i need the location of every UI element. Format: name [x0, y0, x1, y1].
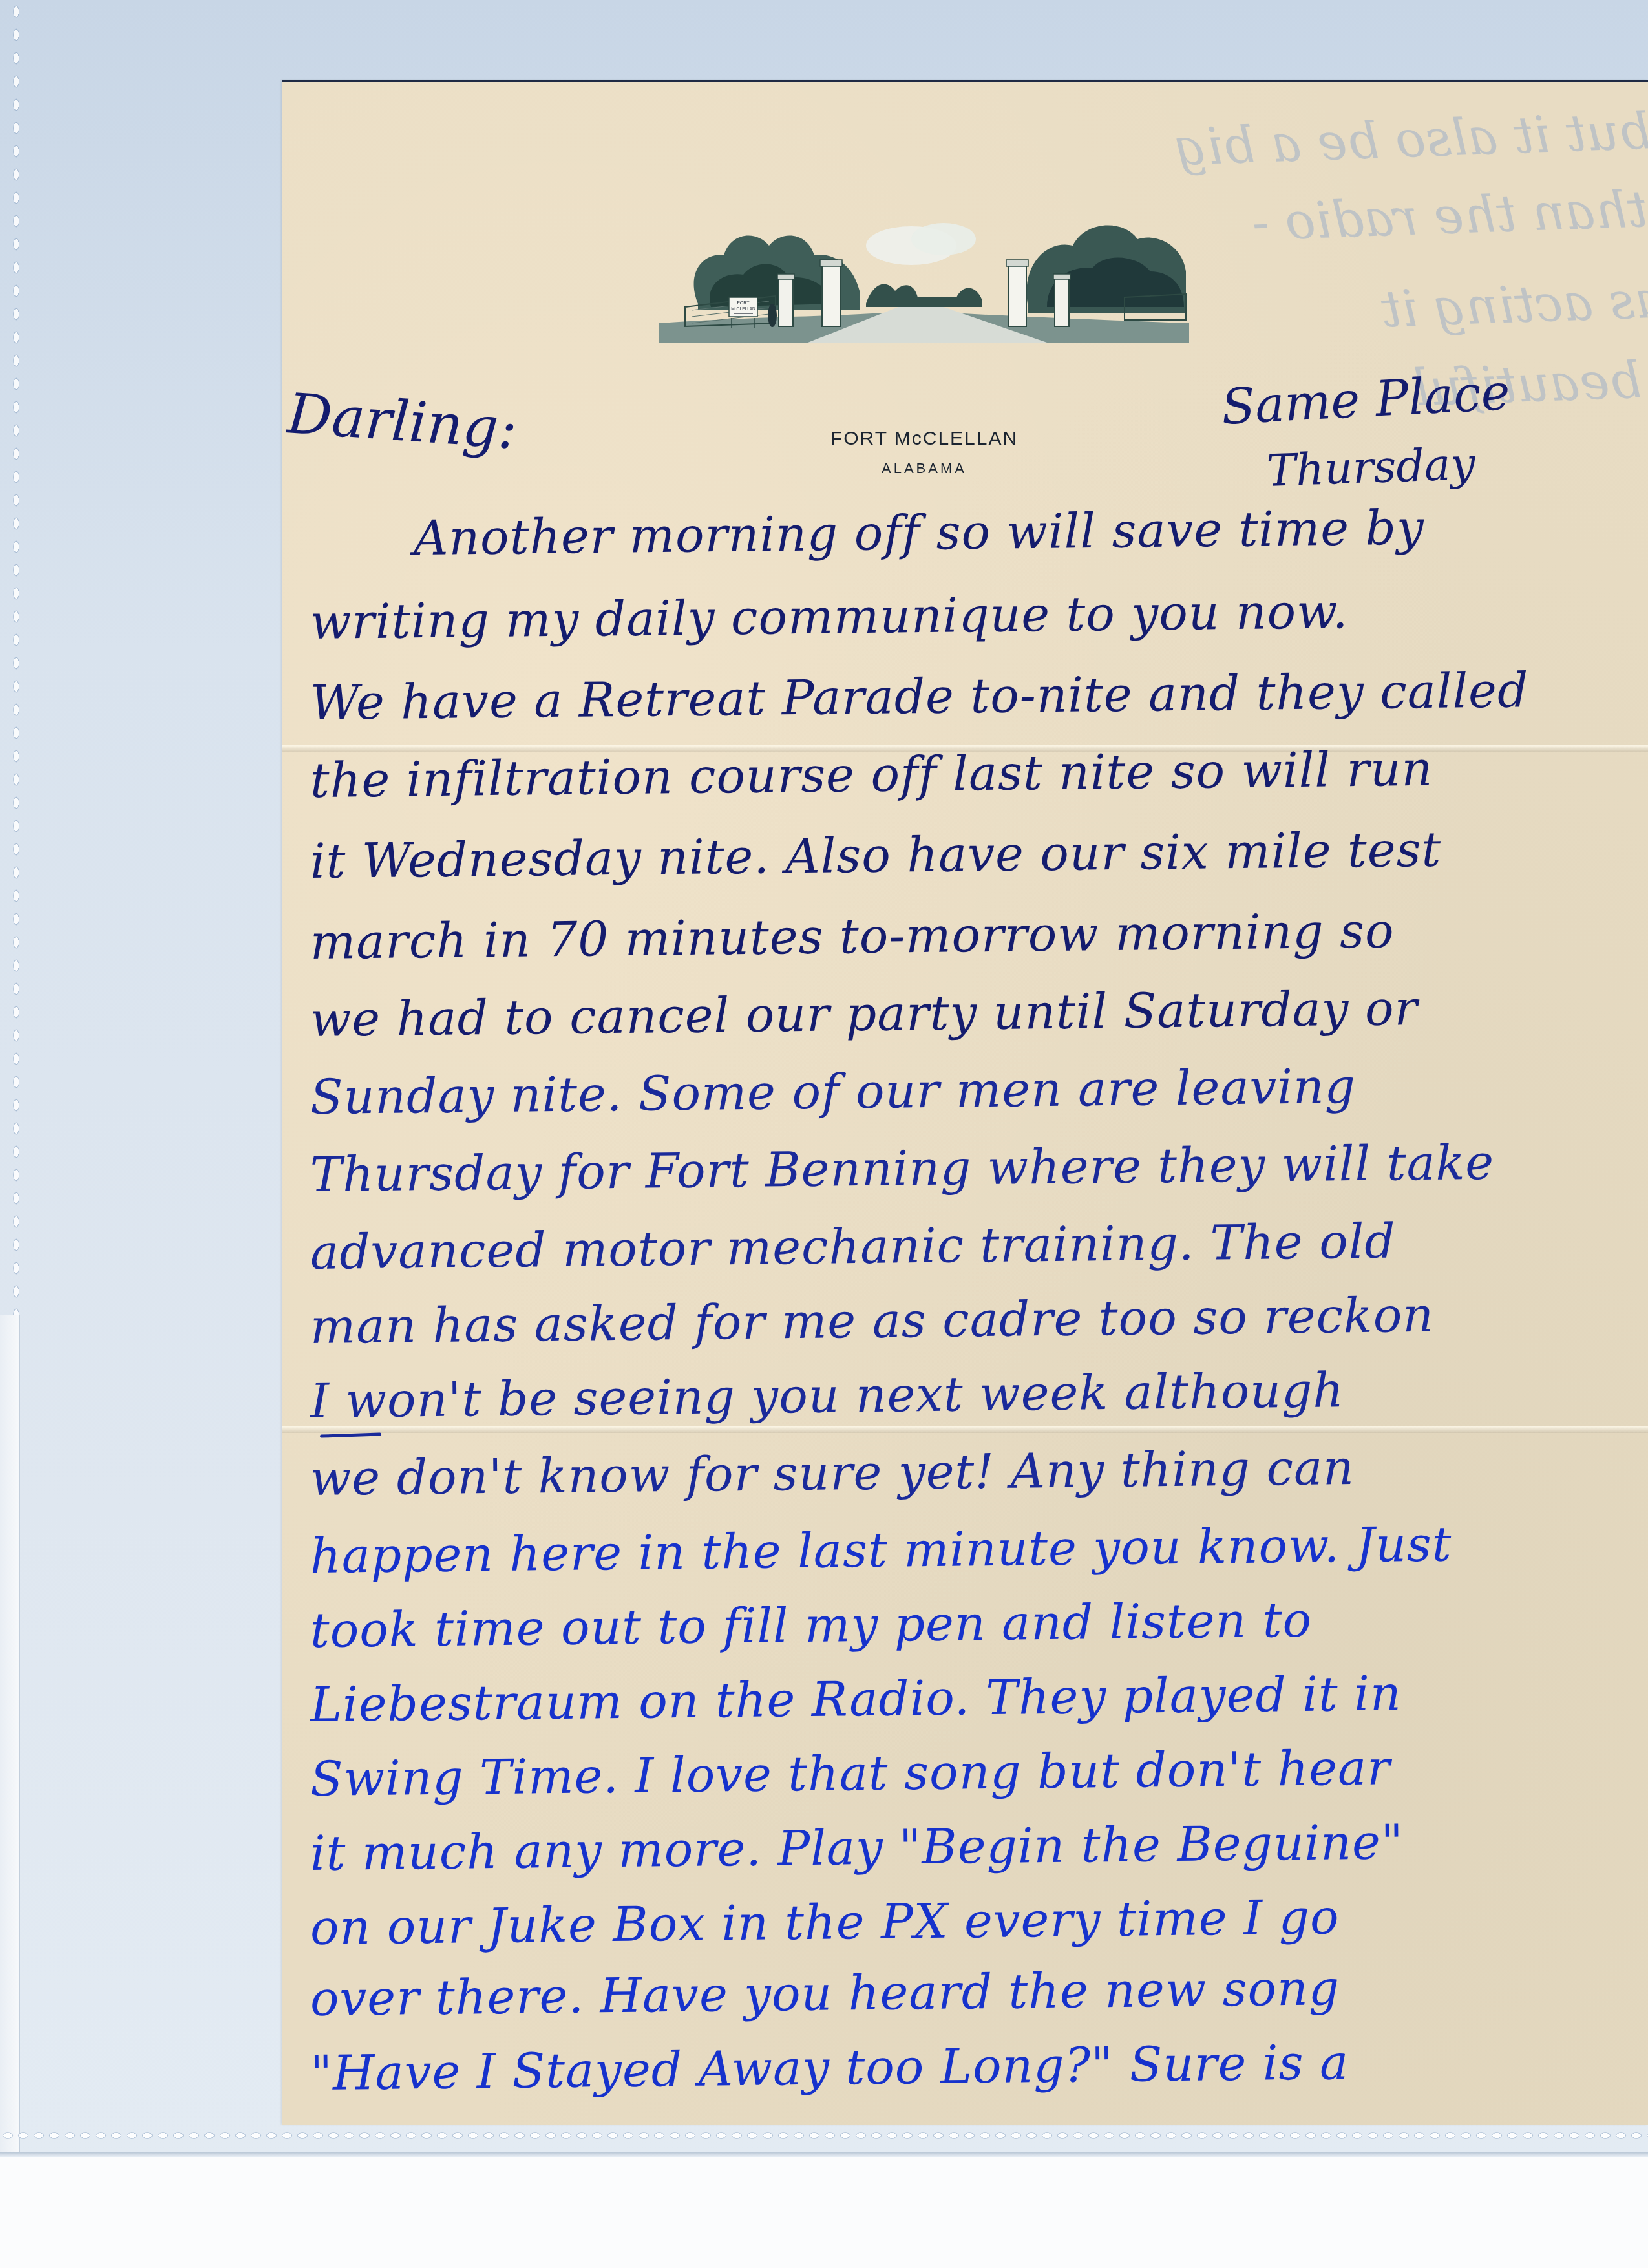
sleeve-perforations-bottom	[0, 2128, 1648, 2143]
letterhead: FORT McCLELLAN	[659, 194, 1189, 452]
heading-day: Thursday	[1266, 439, 1476, 497]
letter-line: Sunday nite. Some of our men are leaving	[310, 1059, 1357, 1125]
letter-line: man has asked for me as cadre too so rec…	[310, 1288, 1435, 1355]
bleed-through-text: I hear it. T... was acting it	[1380, 258, 1648, 339]
letter-line: over there. Have you heard the new song	[310, 1960, 1340, 2027]
letter-line: "Have I Stayed Away too Long?" Sure is a	[310, 2035, 1349, 2101]
letter-line: writing my daily communique to you now.	[310, 584, 1349, 650]
letterhead-name: FORT McCLELLAN	[659, 428, 1189, 450]
bleed-through-text: pretty fine & think I but it also be a b…	[1174, 84, 1648, 177]
fort-gate-illustration: FORT McCLELLAN	[659, 194, 1189, 343]
letterhead-state: ALABAMA	[659, 460, 1189, 477]
sign-text-fort: FORT	[737, 301, 750, 306]
scanner-bed	[0, 2157, 1648, 2268]
letter-line: Another morning off so will save time by	[414, 500, 1425, 566]
letter-line: the infiltration course off last nite so…	[310, 741, 1433, 809]
sign-text-mcclellan: McCLELLAN	[731, 307, 755, 312]
letter-line: we had to cancel our party until Saturda…	[310, 980, 1419, 1048]
letter-line: I won't be seeing you next week although	[310, 1362, 1345, 1429]
letter-line: Swing Time. I love that song but don't h…	[310, 1740, 1391, 1807]
letter-line: we don't know for sure yet! Any thing ca…	[310, 1440, 1355, 1507]
letter-line: advanced motor mechanic training. The ol…	[310, 1213, 1397, 1280]
bleed-through-text: but before long ... than the radio -	[1251, 164, 1648, 253]
letter-line: it much any more. Play "Begin the Beguin…	[310, 1814, 1404, 1881]
letter-line: Liebestraum on the Radio. They played it…	[310, 1666, 1402, 1733]
letter-line: march in 70 minutes to-morrow morning so	[310, 903, 1395, 970]
paper-fold-line	[282, 1426, 1648, 1433]
sleeve-divider-tab	[0, 1315, 20, 2156]
letter-line: on our Juke Box in the PX every time I g…	[310, 1889, 1340, 1956]
letter-line: took time out to fill my pen and listen …	[310, 1593, 1313, 1659]
sleeve-bottom-edge	[0, 2152, 1648, 2156]
letter-line: it Wednesday nite. Also have our six mil…	[310, 822, 1442, 889]
